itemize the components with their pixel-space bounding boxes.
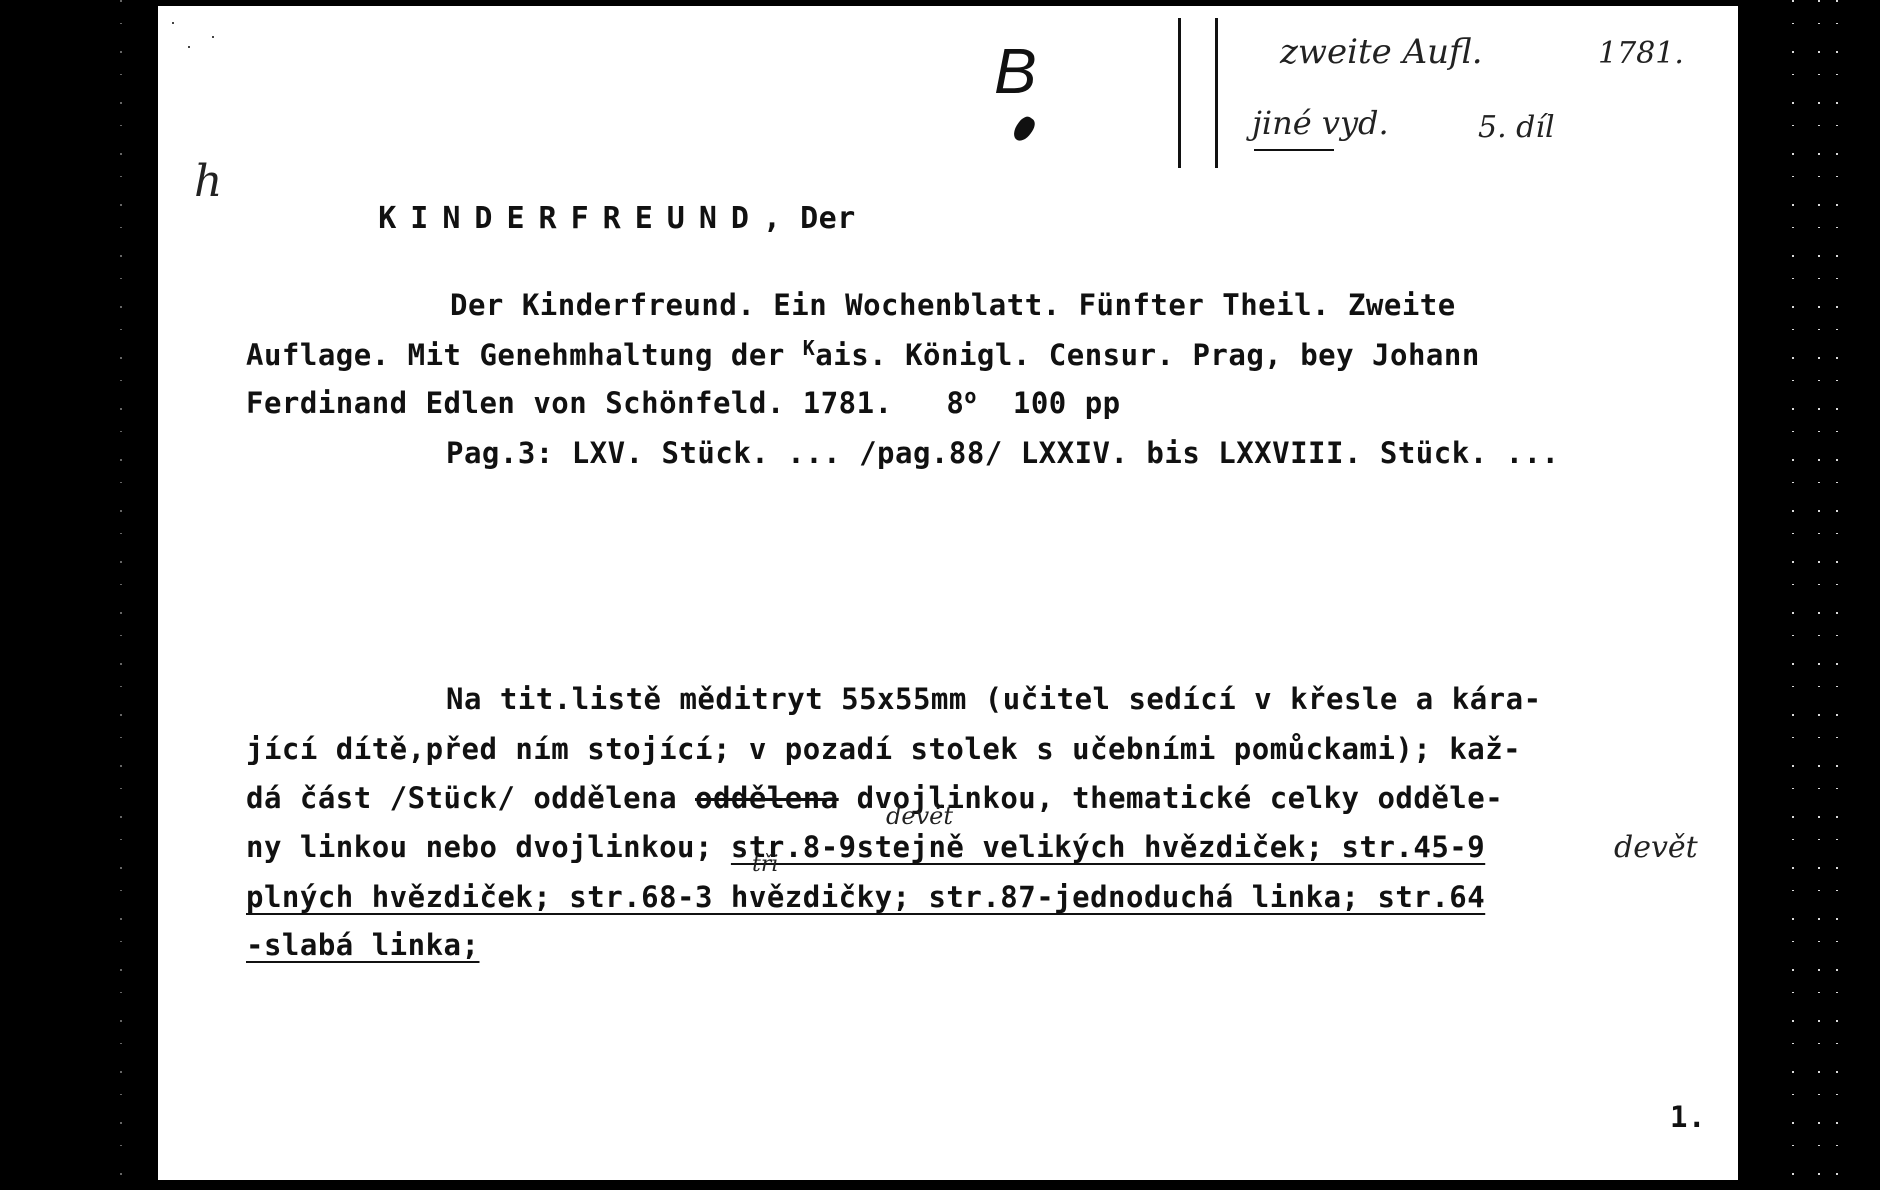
scan-edge-noise bbox=[1818, 0, 1820, 1190]
desc-line-4-underlined: str.8-9stejně velikých hvězdiček; str.45… bbox=[731, 830, 1485, 864]
scan-edge-noise bbox=[1792, 0, 1794, 1190]
title-line-1: Der Kinderfreund. Ein Wochenblatt. Fünft… bbox=[450, 288, 1456, 322]
note-year: 1781. bbox=[1598, 36, 1684, 71]
desc-line-5: plných hvězdiček; str.68-3 hvězdičky; st… bbox=[246, 880, 1485, 914]
pagination-line: Pag.3: LXV. Stück. ... /pag.88/ LXXIV. b… bbox=[446, 436, 1560, 470]
heading-article: , Der bbox=[763, 201, 856, 236]
hand-note-devet-2: devět bbox=[1614, 830, 1698, 865]
scan-speck bbox=[188, 46, 190, 48]
note-volume: 5. díl bbox=[1478, 110, 1555, 145]
title-line-3-b: 100 pp bbox=[977, 386, 1121, 420]
title-line-3-a: Ferdinand Edlen von Schönfeld. 1781. 8 bbox=[246, 386, 964, 420]
ink-blot bbox=[1010, 114, 1038, 144]
page-number: 1. bbox=[1670, 1100, 1706, 1134]
title-line-2-sup: K bbox=[803, 336, 816, 360]
hand-note-devet-1: devět bbox=[886, 802, 953, 830]
bracket-mark bbox=[1178, 18, 1218, 168]
call-letter: B bbox=[994, 34, 1037, 108]
hand-note-tri: tři bbox=[752, 852, 778, 877]
desc-line-4-a: ny linkou nebo dvojlinkou; bbox=[246, 830, 731, 864]
desc-line-3: dá část /Stück/ oddělena oddělena dvojli… bbox=[246, 781, 1503, 815]
scan-speck bbox=[172, 22, 174, 24]
heading-title: KINDERFREUND bbox=[378, 201, 763, 236]
title-line-2-b: ais. Königl. Censur. Prag, bey Johann bbox=[815, 338, 1480, 372]
note-underline bbox=[1254, 149, 1334, 151]
scan-edge-noise bbox=[1836, 0, 1838, 1190]
desc-line-1: Na tit.listě měditryt 55x55mm (učitel se… bbox=[446, 682, 1542, 716]
catalog-card: B zweite Aufl. 1781. jiné vyd. 5. díl h … bbox=[158, 6, 1738, 1180]
note-edition: zweite Aufl. bbox=[1280, 32, 1483, 72]
desc-line-3-a: dá část /Stück/ oddělena bbox=[246, 781, 695, 815]
note-other-edition: jiné vyd. bbox=[1252, 104, 1389, 142]
format-degree: o bbox=[964, 384, 977, 408]
title-line-2: Auflage. Mit Genehmhaltung der Kais. Kön… bbox=[246, 336, 1480, 372]
desc-line-6: -slabá linka; bbox=[246, 928, 479, 962]
margin-mark: h bbox=[194, 156, 222, 207]
desc-line-4: ny linkou nebo dvojlinkou; str.8-9stejně… bbox=[246, 830, 1485, 864]
desc-line-2: jící dítě,před ním stojící; v pozadí sto… bbox=[246, 732, 1521, 766]
title-line-3: Ferdinand Edlen von Schönfeld. 1781. 8o … bbox=[246, 384, 1121, 420]
scan-edge-noise bbox=[120, 0, 122, 1190]
title-line-2-a: Auflage. Mit Genehmhaltung der bbox=[246, 338, 803, 372]
struck-word: oddělena bbox=[695, 781, 839, 815]
scan-speck bbox=[212, 36, 214, 38]
entry-heading: KINDERFREUND, Der bbox=[250, 166, 856, 271]
